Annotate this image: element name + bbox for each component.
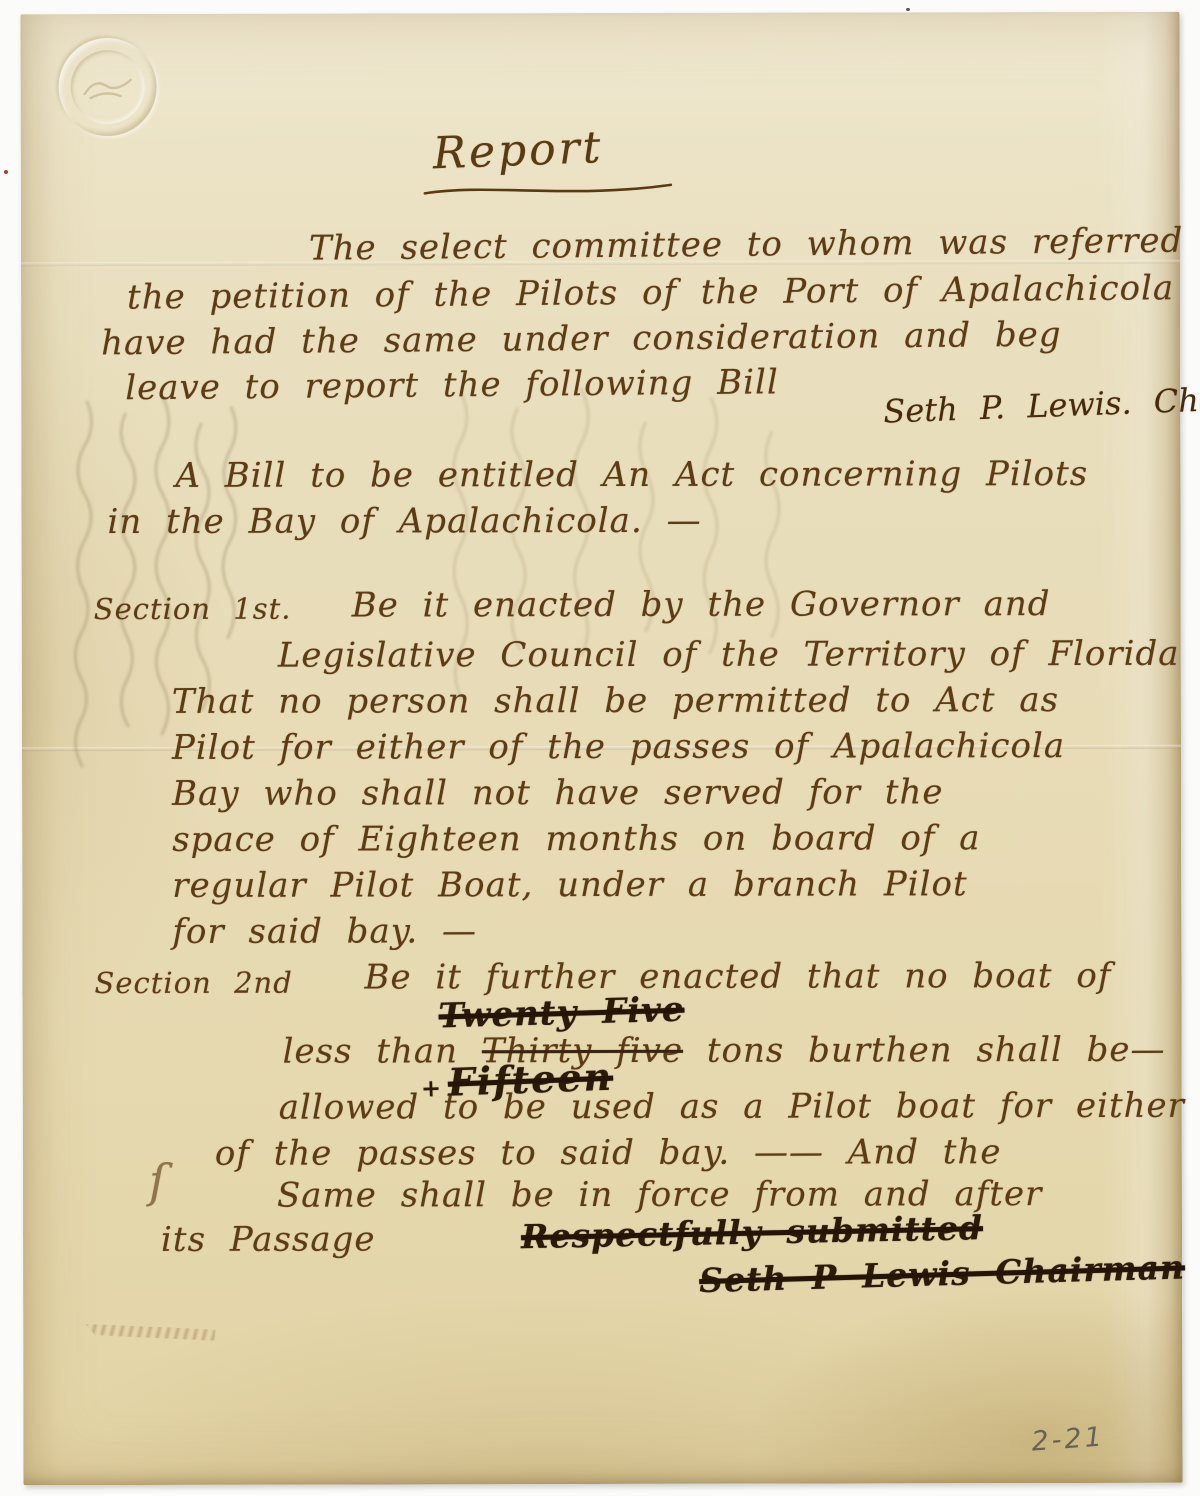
manuscript-line-with-strikeout: less than Thirty five tons burthen shall… — [283, 1030, 1166, 1072]
bill-title-line: A Bill to be entitled An Act concerning … — [175, 454, 1088, 496]
section2-label: Section 2nd — [94, 966, 292, 1000]
manuscript-line: space of Eighteen months on board of a — [172, 818, 980, 860]
report-title: Report — [432, 122, 604, 179]
manuscript-line: Legislative Council of the Territory of … — [278, 634, 1180, 676]
manuscript-line: Be it enacted by the Governor and — [352, 584, 1051, 625]
manuscript-line: The select committee to whom was referre… — [309, 221, 1184, 269]
manuscript-line: Pilot for either of the passes of Apalac… — [172, 726, 1065, 768]
scanned-document-page: { "doc": { "title": "Report", "p1": [ "T… — [0, 0, 1200, 1496]
embossed-seal-icon — [59, 38, 157, 136]
section1-label: Section 1st. — [94, 592, 292, 626]
pencil-archive-number: 2-21 — [1030, 1421, 1105, 1457]
manuscript-line: for said bay. — — [172, 911, 477, 952]
manuscript-line: Bay who shall not have served for the — [172, 772, 943, 814]
manuscript-line: Be it further enacted that no boat of — [364, 956, 1111, 998]
manuscript-line: have had the same under consideration an… — [101, 315, 1062, 364]
manuscript-line: its Passage — [161, 1219, 376, 1259]
bill-title-line: in the Bay of Apalachicola. — — [107, 501, 701, 542]
manuscript-paper: Report The select committee to whom was … — [20, 12, 1182, 1485]
scan-speck — [4, 170, 8, 174]
embossed-seal-eagle-icon — [81, 68, 135, 106]
manuscript-line: allowed to be used as a Pilot boat for e… — [279, 1086, 1185, 1128]
manuscript-line: regular Pilot Boat, under a branch Pilot — [172, 864, 967, 906]
manuscript-line: leave to report the following Bill — [125, 362, 779, 408]
line-segment: tons burthen shall be— — [707, 1030, 1166, 1071]
title-underline-flourish — [419, 179, 679, 202]
manuscript-line: of the passes to said bay. —— And the — [215, 1132, 1002, 1174]
struck-interlinear-insertion: Twenty Five — [438, 990, 685, 1037]
scan-speck — [906, 8, 910, 11]
chairman-inline-signature: Seth P. Lewis. Chair — [883, 379, 1200, 430]
struck-closing-signature: Seth P Lewis Chairman — [699, 1247, 1186, 1300]
ink-smudge — [85, 1318, 216, 1345]
manuscript-line: the petition of the Pilots of the Port o… — [127, 268, 1174, 318]
manuscript-line: That no person shall be permitted to Act… — [172, 680, 1059, 722]
margin-insertion-mark: ſ — [149, 1154, 167, 1208]
struck-closing-phrase: Respectfully submitted — [521, 1208, 984, 1256]
